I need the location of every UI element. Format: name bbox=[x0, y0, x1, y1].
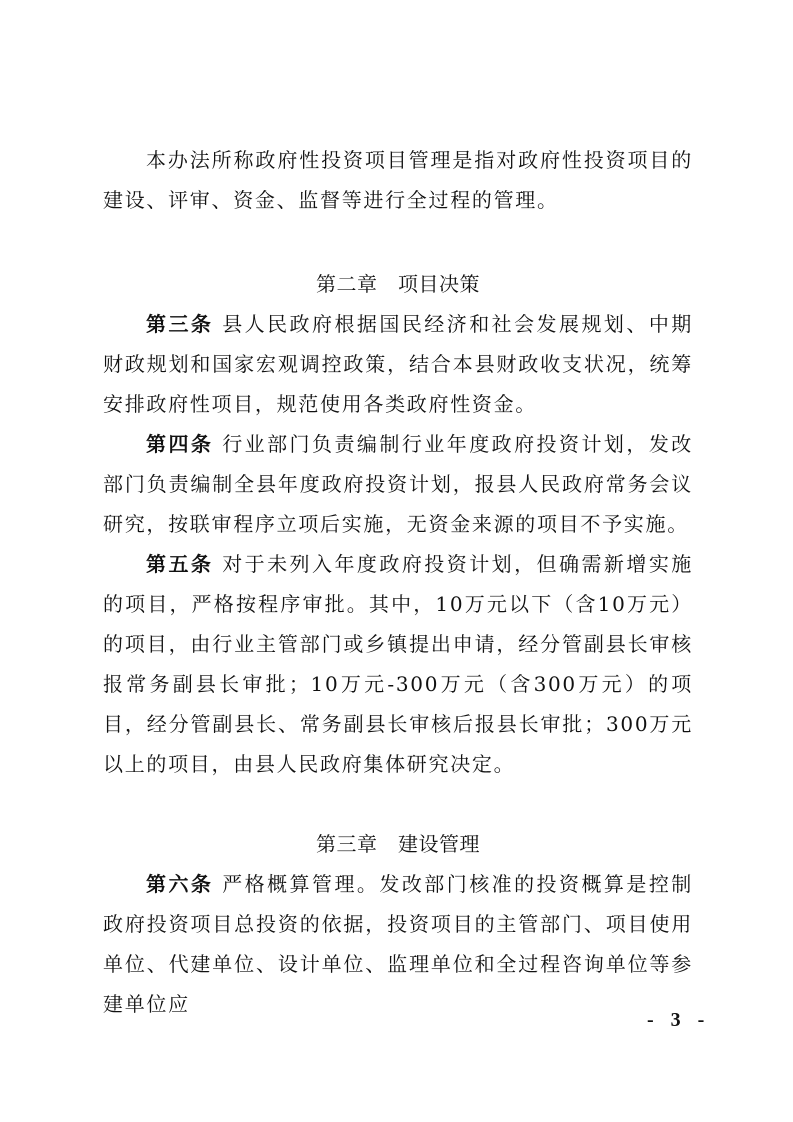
article-paragraph: 第六条 严格概算管理。发改部门核准的投资概算是控制政府投资项目总投资的依据，投资… bbox=[103, 864, 693, 1024]
chapter-heading: 第三章 建设管理 bbox=[103, 824, 693, 864]
intro-paragraph: 本办法所称政府性投资项目管理是指对政府性投资项目的建设、评审、资金、监督等进行全… bbox=[103, 140, 693, 220]
article-paragraph: 第四条 行业部门负责编制行业年度政府投资计划，发改部门负责编制全县年度政府投资计… bbox=[103, 424, 693, 544]
article-label: 第四条 bbox=[146, 432, 213, 456]
page-number: - 3 - bbox=[647, 1009, 710, 1032]
article-paragraph: 第五条 对于未列入年度政府投资计划，但确需新增实施的项目，严格按程序审批。其中，… bbox=[103, 544, 693, 784]
article-label: 第六条 bbox=[146, 872, 213, 896]
article-paragraph: 第三条 县人民政府根据国民经济和社会发展规划、中期财政规划和国家宏观调控政策，结… bbox=[103, 304, 693, 424]
article-label: 第五条 bbox=[146, 552, 213, 576]
article-text: 对于未列入年度政府投资计划，但确需新增实施的项目，严格按程序审批。其中，10万元… bbox=[103, 552, 693, 776]
article-label: 第三条 bbox=[146, 312, 213, 336]
chapter-heading: 第二章 项目决策 bbox=[103, 264, 693, 304]
